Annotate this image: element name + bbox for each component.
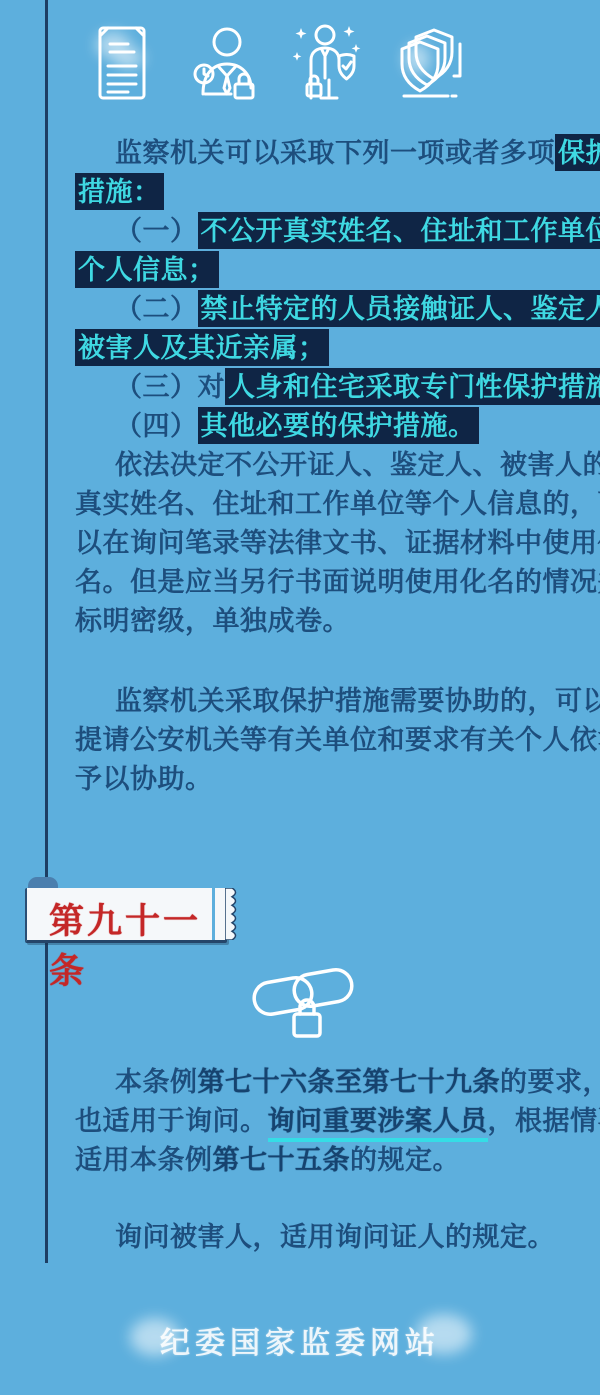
stacked-shields-icon xyxy=(394,22,462,108)
text-line: （四）其他必要的保护措施。 xyxy=(75,407,563,446)
person-shield-check-stars-icon xyxy=(293,22,361,108)
text-line: 适用本条例第七十五条的规定。 xyxy=(75,1141,563,1180)
text-segment: 提请公安机关等有关单位和要求有关个人依法 xyxy=(75,725,600,755)
article-banner: 第九十一条 xyxy=(25,877,240,942)
text-segment: 名。但是应当另行书面说明使用化名的情况并 xyxy=(75,567,600,597)
blur-smudge xyxy=(416,1314,472,1354)
text-line: 个人信息； xyxy=(75,251,563,290)
person-clock-lock-icon xyxy=(191,22,259,108)
banner-body: 第九十一条 xyxy=(25,888,227,943)
text-line: 被害人及其近亲属； xyxy=(75,329,563,368)
assistance-paragraph: 监察机关采取保护措施需要协助的，可以提请公安机关等有关单位和要求有关个人依法予以… xyxy=(75,682,563,799)
highlighted-text: 保护 xyxy=(555,134,600,171)
text-line: 名。但是应当另行书面说明使用化名的情况并 xyxy=(75,563,563,602)
text-line: 真实姓名、住址和工作单位等个人信息的，可 xyxy=(75,485,563,524)
text-segment: （一） xyxy=(115,216,198,246)
text-line: 本条例第七十六条至第七十九条的要求， xyxy=(75,1063,563,1102)
text-line: （三）对人身和住宅采取专门性保护措施； xyxy=(75,368,563,407)
blur-smudge xyxy=(114,48,144,68)
left-vertical-divider xyxy=(45,0,48,1263)
text-segment: 也适用于询问。 xyxy=(75,1106,268,1136)
text-segment: 真实姓名、住址和工作单位等个人信息的，可 xyxy=(75,489,600,519)
text-segment: 监察机关可以采取下列一项或者多项 xyxy=(115,138,555,168)
blur-smudge xyxy=(404,44,430,74)
text-segment: （四） xyxy=(115,411,198,441)
article-ninety-text: 监察机关可以采取下列一项或者多项保护措施：（一）不公开真实姓名、住址和工作单位等… xyxy=(75,134,563,641)
banner-torn-edge xyxy=(225,888,241,940)
highlighted-text: 不公开真实姓名、住址和工作单位等 xyxy=(198,212,600,249)
highlighted-text: 禁止特定的人员接触证人、鉴定人、 xyxy=(198,290,600,327)
underlined-text: 询问重要涉案人员 xyxy=(268,1106,488,1142)
text-line: （一）不公开真实姓名、住址和工作单位等 xyxy=(75,212,563,251)
text-segment: 询问被害人，适用询问证人的规定。 xyxy=(115,1222,555,1252)
text-line: 措施： xyxy=(75,173,563,212)
text-segment: 标明密级，单独成卷。 xyxy=(75,606,350,636)
text-segment: 监察机关采取保护措施需要协助的，可以 xyxy=(115,686,600,716)
victim-inquiry-paragraph: 询问被害人，适用询问证人的规定。 xyxy=(75,1218,563,1257)
chain-links-padlock-icon xyxy=(250,958,358,1046)
article-ninety-one-text: 本条例第七十六条至第七十九条的要求，也适用于询问。询问重要涉案人员，根据情况适用… xyxy=(75,1063,563,1180)
text-line: 予以协助。 xyxy=(75,760,563,799)
infographic-page: 监察机关可以采取下列一项或者多项保护措施：（一）不公开真实姓名、住址和工作单位等… xyxy=(0,0,600,1395)
highlighted-text: 个人信息； xyxy=(75,251,219,288)
text-line: 也适用于询问。询问重要涉案人员，根据情况 xyxy=(75,1102,563,1141)
text-line: 询问被害人，适用询问证人的规定。 xyxy=(75,1218,563,1257)
text-segment: 的要求， xyxy=(500,1067,600,1097)
text-segment: 依法决定不公开证人、鉴定人、被害人的 xyxy=(115,450,600,480)
text-segment: （三）对 xyxy=(115,372,225,402)
document-report-icon xyxy=(88,22,156,108)
highlighted-text: 被害人及其近亲属； xyxy=(75,329,329,366)
footer: 纪委国家监委网站 xyxy=(0,1318,600,1362)
text-segment: 以在询问笔录等法律文书、证据材料中使用化 xyxy=(75,528,600,558)
blur-smudge xyxy=(130,1318,180,1356)
text-line: 标明密级，单独成卷。 xyxy=(75,602,563,641)
banner-divider xyxy=(212,888,215,940)
text-segment: 适用本条例 xyxy=(75,1145,213,1175)
text-line: 监察机关可以采取下列一项或者多项保护 xyxy=(75,134,563,173)
text-segment: （二） xyxy=(115,294,198,324)
article-number-label: 第九十一条 xyxy=(49,894,227,994)
highlighted-text: 人身和住宅采取专门性保护措施； xyxy=(225,368,600,405)
text-line: 依法决定不公开证人、鉴定人、被害人的 xyxy=(75,446,563,485)
text-line: 提请公安机关等有关单位和要求有关个人依法 xyxy=(75,721,563,760)
text-segment: 第七十五条 xyxy=(213,1145,351,1175)
footer-source-label: 纪委国家监委网站 xyxy=(160,1327,440,1360)
highlighted-text: 措施： xyxy=(75,173,164,210)
highlighted-text: 其他必要的保护措施。 xyxy=(198,407,479,444)
text-segment: ，根据情况 xyxy=(488,1106,600,1136)
text-segment: 的规定。 xyxy=(350,1145,460,1175)
text-segment: 本条例 xyxy=(115,1067,198,1097)
text-segment: 予以协助。 xyxy=(75,764,213,794)
text-line: 监察机关采取保护措施需要协助的，可以 xyxy=(75,682,563,721)
text-segment: 第七十六条至第七十九条 xyxy=(198,1067,501,1097)
text-line: （二）禁止特定的人员接触证人、鉴定人、 xyxy=(75,290,563,329)
text-line: 以在询问笔录等法律文书、证据材料中使用化 xyxy=(75,524,563,563)
